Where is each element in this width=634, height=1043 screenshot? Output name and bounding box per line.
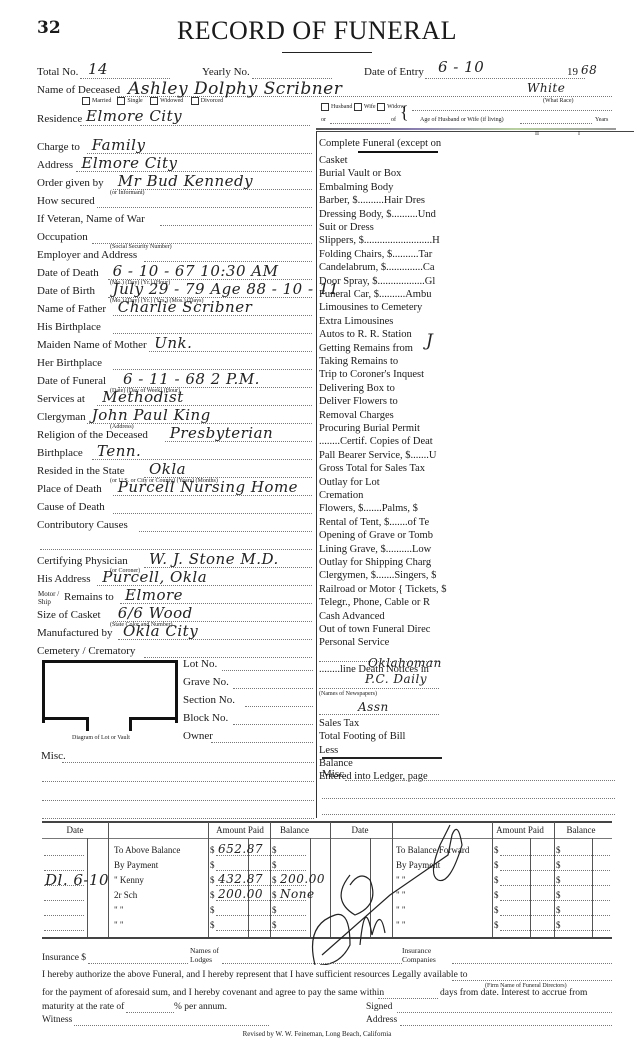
- spouse-name-line[interactable]: [412, 110, 612, 111]
- ledger-left-amount-value[interactable]: 432.87: [218, 872, 263, 886]
- ledger-top-rule: [42, 821, 612, 823]
- newspaper-1-value[interactable]: Oklahoman: [368, 656, 442, 670]
- ledger-right-desc: " ": [396, 875, 406, 885]
- race-caption: (What Race): [543, 98, 573, 104]
- address-label: Address: [37, 159, 73, 171]
- diagram-stub-right: [129, 717, 132, 731]
- charge-pall-bearer-service-u[interactable]: Pall Bearer Service, $.......U: [319, 450, 437, 461]
- lot-no-line[interactable]: [222, 670, 313, 671]
- block-no-label: Block No.: [183, 712, 228, 724]
- size-of-casket-label: Size of Casket: [37, 609, 101, 621]
- title-underline: [282, 52, 372, 53]
- charge-burial-vault-or-box[interactable]: Burial Vault or Box: [319, 168, 401, 179]
- charge-dressing-body-und[interactable]: Dressing Body, $..........Und: [319, 209, 436, 220]
- or-line[interactable]: [330, 123, 390, 124]
- col-mark-2: I: [578, 131, 580, 137]
- total-no-value[interactable]: 14: [88, 60, 108, 78]
- charge-barber-hair-dres[interactable]: Barber, $..........Hair Dres: [319, 195, 425, 206]
- charge-rental-of-tent-of-te[interactable]: Rental of Tent, $.......of Te: [319, 517, 429, 528]
- charge-embalming-body[interactable]: Embalming Body: [319, 182, 393, 193]
- birthplace-value[interactable]: Tenn.: [97, 442, 141, 460]
- his-address-label: His Address: [37, 573, 90, 585]
- charge-candelabrum-ca[interactable]: Candelabrum, $..............Ca: [319, 262, 434, 273]
- charge-total-footing-of-bill[interactable]: Total Footing of Bill: [319, 731, 405, 742]
- ledger-left-balance-currency: $: [272, 875, 277, 885]
- ledger-left-amount-line[interactable]: [216, 870, 306, 871]
- ledger-left-balance-value[interactable]: 200.00: [280, 872, 325, 886]
- ledger-left-amount-currency: $: [210, 875, 215, 885]
- ledger-right-balance-currency: $: [556, 890, 561, 900]
- charge-outlay-for-lot[interactable]: Outlay for Lot: [319, 477, 380, 488]
- address-value[interactable]: Elmore City: [81, 154, 177, 172]
- lodges-line[interactable]: [222, 963, 402, 964]
- charge-names-of-newspapers[interactable]: (Names of Newspapers): [319, 691, 377, 697]
- race-value[interactable]: White: [527, 81, 565, 95]
- size-of-casket-value[interactable]: 6/6 Wood: [118, 604, 193, 622]
- clergyman-value[interactable]: John Paul King: [92, 406, 211, 424]
- owner-label: Owner: [183, 730, 213, 742]
- diagram-stub-left: [86, 717, 89, 731]
- employer-and-address-label: Employer and Address: [37, 249, 137, 261]
- ledger-right-amount-currency: $: [494, 905, 499, 915]
- how-secured-label: How secured: [37, 195, 95, 207]
- resided-in-the-state-label: Resided in the State: [37, 465, 125, 477]
- ledger-left-desc: 2r Sch: [114, 890, 137, 900]
- remains-to-label: Remains to: [64, 591, 114, 603]
- residence-value[interactable]: Elmore City: [86, 107, 182, 125]
- block-no-line[interactable]: [233, 724, 313, 725]
- misc-label-right: Misc.: [322, 768, 347, 780]
- ledger-left-date-line[interactable]: [44, 855, 84, 856]
- ledger-right-amount-line[interactable]: [500, 930, 610, 931]
- charge-trip-to-coroner-s-inquest[interactable]: Trip to Coroner's Inquest: [319, 369, 424, 380]
- ledger-right-amount-line[interactable]: [500, 900, 610, 901]
- ledger-col-rule: [370, 838, 371, 937]
- address-line[interactable]: [400, 1025, 612, 1026]
- name-of-deceased-label: Name of Deceased: [37, 84, 120, 96]
- years-label: Years: [595, 117, 608, 123]
- age-spouse-line[interactable]: [520, 123, 592, 124]
- charge-getting-remains-from[interactable]: Getting Remains from: [319, 343, 413, 354]
- if-veteran-name-of-war-label: If Veteran, Name of War: [37, 213, 145, 225]
- ledger-col-rule: [530, 838, 531, 937]
- certifying-physician-label: Certifying Physician: [37, 555, 128, 567]
- diagram-base-right: [129, 717, 175, 720]
- contributory-causes-label: Contributory Causes: [37, 519, 128, 531]
- ledger-col-rule: [492, 822, 493, 937]
- newspaper-2-value[interactable]: P.C. Daily: [365, 672, 427, 686]
- charge-folding-chairs-tar[interactable]: Folding Chairs, $..........Tar: [319, 249, 432, 260]
- charge-door-spray-gl[interactable]: Door Spray, $..................Gl: [319, 276, 435, 287]
- charge-to-value[interactable]: Family: [92, 136, 146, 154]
- ledger-left-amount-header: Amount Paid: [210, 825, 270, 835]
- remains-to-value[interactable]: Elmore: [125, 586, 183, 604]
- ledger-right-balance-currency: $: [556, 905, 561, 915]
- charge-taking-remains-to[interactable]: Taking Remains to: [319, 356, 398, 367]
- ledger-right-amount-currency: $: [494, 875, 499, 885]
- ledger-right-desc: " ": [396, 905, 406, 915]
- ledger-left-balance-currency: $: [272, 860, 277, 870]
- charge-cash-advanced[interactable]: Cash Advanced: [319, 611, 385, 622]
- husband-checkbox[interactable]: Husband: [321, 104, 352, 110]
- charge-delivering-box-to[interactable]: Delivering Box to: [319, 383, 395, 394]
- ledger-right-amount-currency: $: [494, 860, 499, 870]
- services-at-value[interactable]: Methodist: [102, 388, 184, 406]
- rate-line[interactable]: [126, 1012, 174, 1013]
- misc-right-line-3[interactable]: [322, 814, 615, 815]
- charge-railroad-or-motor-tickets[interactable]: Railroad or Motor { Tickets, $: [319, 584, 447, 595]
- charge-outlay-for-shipping-charg[interactable]: Outlay for Shipping Charg: [319, 557, 431, 568]
- diagram-base-left: [42, 717, 88, 720]
- how-secured-line[interactable]: [97, 207, 312, 208]
- ledger-right-desc: By Payment: [396, 860, 440, 870]
- cause-of-death-line[interactable]: [113, 513, 312, 514]
- grave-no-line[interactable]: [233, 688, 313, 689]
- getting-remains-value[interactable]: J: [426, 331, 433, 351]
- or-label: or: [321, 117, 326, 123]
- manufactured-by-value[interactable]: Okla City: [123, 622, 198, 640]
- charge-certif-copies-of-deat[interactable]: ........Certif. Copies of Deat: [319, 436, 433, 447]
- widowed-checkbox[interactable]: Widowed: [150, 98, 183, 104]
- revised-credit: Revised by W. W. Feineman, Long Beach, C…: [0, 1030, 634, 1038]
- insurance-line[interactable]: [88, 963, 188, 964]
- grave-no-label: Grave No.: [183, 676, 229, 688]
- place-of-death-label: Place of Death: [37, 483, 102, 495]
- ledger-entry-rule: [322, 757, 442, 759]
- witness-line[interactable]: [74, 1025, 269, 1026]
- date-of-entry-line: [425, 78, 585, 79]
- date-of-entry-value[interactable]: 6 - 10: [438, 58, 484, 76]
- date-of-funeral-value[interactable]: 6 - 11 - 68 2 P.M.: [123, 370, 260, 388]
- married-checkbox[interactable]: Married: [82, 98, 111, 104]
- ledger-left-amount-line[interactable]: [216, 930, 306, 931]
- ledger-left-balance-value[interactable]: None: [280, 887, 315, 901]
- charge-suit-or-dress[interactable]: Suit or Dress: [319, 222, 374, 233]
- order-given-by-label: Order given by: [37, 177, 104, 189]
- ledger-col-rule: [554, 822, 555, 937]
- misc-line-1[interactable]: [62, 762, 314, 763]
- order-given-by-value[interactable]: Mr Bud Kennedy: [118, 172, 253, 190]
- diagram-caption: Diagram of Lot or Vault: [72, 735, 130, 741]
- charge-casket[interactable]: Casket: [319, 155, 348, 166]
- birthplace-label: Birthplace: [37, 447, 83, 459]
- witness-label: Witness: [42, 1015, 72, 1025]
- charge-personal-service[interactable]: Personal Service: [319, 637, 389, 648]
- ledger-left-amount-line[interactable]: [216, 915, 306, 916]
- charge-telegr-phone-cable-or-r[interactable]: Telegr., Phone, Cable or R: [319, 597, 430, 608]
- ledger-left-amount-currency: $: [210, 845, 215, 855]
- ledger-right-balance-header: Balance: [556, 825, 606, 835]
- address-label: Address: [366, 1015, 397, 1025]
- signed-line[interactable]: [397, 1012, 612, 1013]
- misc-line-4[interactable]: [42, 818, 314, 819]
- ledger-col-rule: [270, 822, 271, 937]
- ledger-left-desc: " ": [114, 905, 124, 915]
- date-of-birth-label: Date of Birth: [37, 285, 95, 297]
- religion-of-the-deceased-value[interactable]: Presbyterian: [170, 424, 273, 442]
- name-of-deceased-value[interactable]: Ashley Dolphy Scribner: [128, 79, 342, 99]
- charge-out-of-town-funeral-direc[interactable]: Out of town Funeral Direc: [319, 624, 430, 635]
- date-of-birth-value[interactable]: July 29 - 79 Age 88 - 10 - 11: [113, 280, 339, 298]
- percent-text: % per annum.: [174, 1002, 227, 1012]
- authorize-text: I hereby authorize the above Funeral, an…: [42, 970, 468, 980]
- ledger-right-balance-currency: $: [556, 875, 561, 885]
- charge-deliver-flowers-to[interactable]: Deliver Flowers to: [319, 396, 398, 407]
- of-label: of: [391, 117, 396, 123]
- companies-label: Insurance Companies: [402, 946, 452, 964]
- ledger-col-rule: [392, 822, 393, 937]
- ledger-right-desc: " ": [396, 920, 406, 930]
- charge-procuring-burial-permit[interactable]: Procuring Burial Permit: [319, 423, 420, 434]
- date-of-entry-label: Date of Entry: [364, 66, 424, 78]
- ledger-left-amount-currency: $: [210, 905, 215, 915]
- less-value[interactable]: Assn: [358, 700, 389, 714]
- ledger-right-balance-currency: $: [556, 920, 561, 930]
- charge-blank-line[interactable]: [319, 688, 439, 689]
- yearly-no-label: Yearly No.: [202, 66, 250, 78]
- owner-line[interactable]: [211, 742, 313, 743]
- misc-line-2[interactable]: [42, 781, 314, 782]
- ledger-left-date-line[interactable]: [44, 915, 84, 916]
- ledger-col-rule: [330, 822, 331, 937]
- order-given-by-caption: (or Informant): [110, 190, 145, 196]
- panel-top-rule: [316, 128, 616, 130]
- ledger-left-amount-value[interactable]: 652.87: [218, 842, 263, 856]
- ledger-left-date-header: Date: [45, 825, 105, 835]
- ledger-col-rule: [592, 838, 593, 937]
- misc-line-3[interactable]: [42, 800, 314, 801]
- religion-of-the-deceased-label: Religion of the Deceased: [37, 429, 148, 441]
- charge-clergymen-singers[interactable]: Clergymen, $.......Singers, $: [319, 570, 436, 581]
- services-at-label: Services at: [37, 393, 85, 405]
- her-birthplace-label: Her Birthplace: [37, 357, 102, 369]
- charge-removal-charges[interactable]: Removal Charges: [319, 410, 394, 421]
- ledger-left-balance-currency: $: [272, 890, 277, 900]
- charge-funeral-car-ambu[interactable]: Funeral Car, $..........Ambu: [319, 289, 431, 300]
- name-of-father-label: Name of Father: [37, 303, 106, 315]
- lot-no-label: Lot No.: [183, 658, 217, 670]
- occupation-label: Occupation: [37, 231, 88, 243]
- his-birthplace-line[interactable]: [113, 333, 312, 334]
- single-checkbox[interactable]: Single: [117, 98, 142, 104]
- charge-lining-grave-low[interactable]: Lining Grave, $..........Low: [319, 544, 431, 555]
- page-title: RECORD OF FUNERAL: [0, 16, 634, 46]
- ledger-left-amount-currency: $: [210, 890, 215, 900]
- maturity-text: maturity at the rate of: [42, 1002, 124, 1012]
- ledger-right-balance-currency: $: [556, 860, 561, 870]
- manufactured-by-label: Manufactured by: [37, 627, 112, 639]
- wife-checkbox[interactable]: Wife: [354, 104, 376, 110]
- ledger-left-desc: To Above Balance: [114, 845, 180, 855]
- col-mark-1: II: [535, 131, 539, 137]
- charge-limousines-to-cemetery[interactable]: Limousines to Cemetery: [319, 302, 422, 313]
- misc-right-line-1[interactable]: [345, 780, 615, 781]
- misc-label-left: Misc.: [41, 750, 66, 762]
- ledger-right-amount-line[interactable]: [500, 885, 610, 886]
- charge-sales-tax[interactable]: Sales Tax: [319, 718, 359, 729]
- residence-line: [80, 125, 310, 126]
- charge-gross-total-for-sales-tax[interactable]: Gross Total for Sales Tax: [319, 463, 425, 474]
- if-veteran-name-of-war-line[interactable]: [160, 225, 312, 226]
- payment-text: for the payment of aforesaid sum, and I …: [42, 988, 384, 998]
- ledger-bottom-rule: [42, 937, 612, 939]
- total-no-label: Total No.: [37, 66, 78, 78]
- age-spouse-label: Age of Husband or Wife (if living): [420, 117, 504, 123]
- place-of-death-value[interactable]: Purcell Nursing Home: [118, 478, 298, 496]
- spouse-group: Husband Wife Widow: [321, 103, 405, 111]
- charge-extra-limousines[interactable]: Extra Limousines: [319, 316, 393, 327]
- charge-slippers-h[interactable]: Slippers, $..........................H: [319, 235, 440, 246]
- charge-opening-of-grave-or-tomb[interactable]: Opening of Grave or Tomb: [319, 530, 433, 541]
- maiden-name-of-mother-label: Maiden Name of Mother: [37, 339, 147, 351]
- ledger-col-rule: [208, 822, 209, 937]
- ledger-right-amount-currency: $: [494, 890, 499, 900]
- ledger-left-date-line[interactable]: [44, 930, 84, 931]
- ledger-right-amount-line[interactable]: [500, 870, 610, 871]
- date-of-death-value[interactable]: 6 - 10 - 67 10:30 AM: [113, 262, 279, 280]
- charge-blank-line[interactable]: [319, 714, 439, 715]
- ledger-right-desc: To Balance Forward: [396, 845, 469, 855]
- clergyman-label: Clergyman: [37, 411, 86, 423]
- ledger-left-amount-currency: $: [210, 860, 215, 870]
- his-birthplace-label: His Birthplace: [37, 321, 101, 333]
- charge-cremation[interactable]: Cremation: [319, 490, 363, 501]
- ledger-left-balance-currency: $: [272, 845, 277, 855]
- his-address-value[interactable]: Purcell, Okla: [102, 568, 207, 586]
- complete-funeral-heading: Complete Funeral (except on: [319, 138, 441, 149]
- ledger-right-amount-currency: $: [494, 920, 499, 930]
- ledger-left-balance-currency: $: [272, 920, 277, 930]
- ledger-left-balance-header: Balance: [272, 825, 317, 835]
- ledger-left-desc: " Kenny: [114, 875, 144, 885]
- days-line[interactable]: [378, 998, 438, 999]
- ledger-right-desc: " ": [396, 890, 406, 900]
- lodges-label: Names of Lodges: [190, 946, 230, 964]
- ledger-right-amount-header: Amount Paid: [490, 825, 550, 835]
- insurance-label: Insurance $: [42, 953, 86, 963]
- year-prefix: 19: [567, 66, 578, 78]
- lot-diagram: [42, 660, 178, 723]
- signed-label: Signed: [366, 1002, 392, 1012]
- ledger-left-desc: " ": [114, 920, 124, 930]
- ledger-left-amount-currency: $: [210, 920, 215, 930]
- residence-label: Residence: [37, 113, 82, 125]
- certifying-physician-value[interactable]: W. J. Stone M.D.: [149, 550, 279, 568]
- divorced-checkbox[interactable]: Divorced: [191, 98, 223, 104]
- marital-status-group: Married Single Widowed Divorced: [82, 97, 223, 105]
- name-of-father-value[interactable]: Charlie Scribner: [118, 298, 252, 316]
- brace: {: [400, 102, 409, 123]
- contributory-causes-line[interactable]: [139, 531, 312, 532]
- cause-of-death-label: Cause of Death: [37, 501, 105, 513]
- ledger-header-rule: [42, 838, 612, 839]
- maiden-name-of-mother-value[interactable]: Unk.: [154, 334, 192, 352]
- firm-line[interactable]: [452, 980, 612, 981]
- ledger-right-date-header: Date: [330, 825, 390, 835]
- year-value[interactable]: 68: [581, 63, 597, 77]
- date-of-death-label: Date of Death: [37, 267, 99, 279]
- companies-line[interactable]: [452, 963, 612, 964]
- cemetery-crematory-line[interactable]: [144, 657, 312, 658]
- ledger-right-amount-line[interactable]: [500, 915, 610, 916]
- ledger-left-desc: By Payment: [114, 860, 158, 870]
- charge-flowers-palms[interactable]: Flowers, $.......Palms, $: [319, 503, 418, 514]
- section-no-line[interactable]: [245, 706, 313, 707]
- misc-right-line-2[interactable]: [322, 798, 615, 799]
- resided-in-the-state-value[interactable]: Okla: [149, 460, 186, 478]
- charge-less[interactable]: Less: [319, 745, 338, 756]
- charge-to-label: Charge to: [37, 141, 80, 153]
- ledger-left-balance-currency: $: [272, 905, 277, 915]
- ledger-left-amount-value[interactable]: 200.00: [218, 887, 263, 901]
- ledger-right-balance-currency: $: [556, 845, 561, 855]
- ledger-left-date-line[interactable]: [44, 900, 84, 901]
- section-no-label: Section No.: [183, 694, 235, 706]
- heading-underline: [358, 151, 438, 153]
- ledger-left-date-value[interactable]: Dl. 6-10: [45, 871, 109, 889]
- date-of-funeral-label: Date of Funeral: [37, 375, 106, 387]
- ledger-right-amount-currency: $: [494, 845, 499, 855]
- charge-autos-to-r-r-station[interactable]: Autos to R. R. Station: [319, 329, 412, 340]
- days-text: days from date. Interest to accrue from: [440, 988, 587, 998]
- cemetery-crematory-label: Cemetery / Crematory: [37, 645, 135, 657]
- ledger-right-amount-line[interactable]: [500, 855, 610, 856]
- remains-to-prefix: Motor / Ship: [38, 590, 60, 606]
